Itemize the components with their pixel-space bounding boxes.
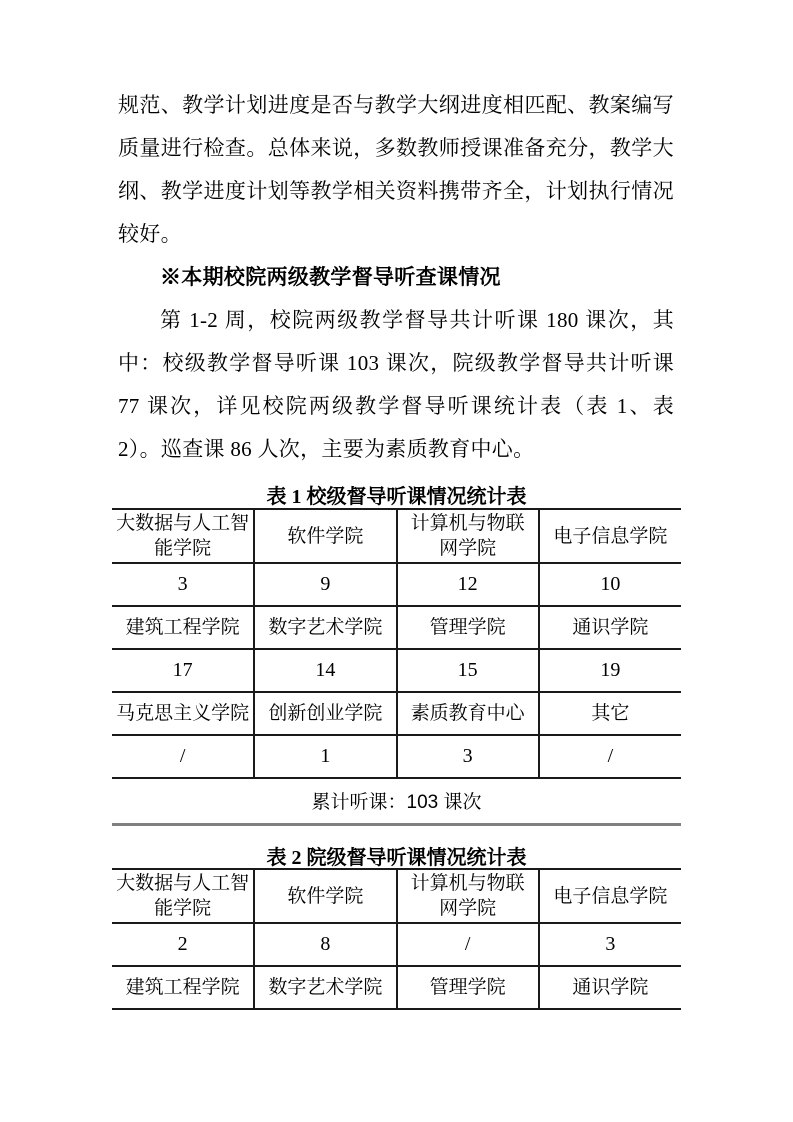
document-page: 规范、教学计划进度是否与教学大纲进度相匹配、教案编写质量进行检查。总体来说，多数… bbox=[0, 0, 793, 1122]
table-summary-row: 累计听课：103 课次 bbox=[112, 778, 681, 824]
table-cell: 大数据与人工智能学院 bbox=[112, 869, 254, 923]
table-row: 2 8 / 3 bbox=[112, 923, 681, 966]
table-cell: 14 bbox=[254, 649, 396, 692]
table-summary-cell: 累计听课：103 课次 bbox=[112, 778, 681, 824]
table-row: / 1 3 / bbox=[112, 735, 681, 778]
table-row: 3 9 12 10 bbox=[112, 563, 681, 606]
table-cell: 管理学院 bbox=[397, 966, 539, 1009]
table-cell: 软件学院 bbox=[254, 509, 396, 563]
table-row: 建筑工程学院 数字艺术学院 管理学院 通识学院 bbox=[112, 606, 681, 649]
table-cell: 电子信息学院 bbox=[539, 869, 681, 923]
table-cell: 8 bbox=[254, 923, 396, 966]
table-row: 大数据与人工智能学院 软件学院 计算机与物联网学院 电子信息学院 bbox=[112, 869, 681, 923]
table-cell: 17 bbox=[112, 649, 254, 692]
table-cell: 10 bbox=[539, 563, 681, 606]
table-cell: 通识学院 bbox=[539, 966, 681, 1009]
table-school-level-stats: 大数据与人工智能学院 软件学院 计算机与物联网学院 电子信息学院 3 9 12 … bbox=[112, 508, 681, 826]
table-cell: 素质教育中心 bbox=[397, 692, 539, 735]
table-cell: 3 bbox=[112, 563, 254, 606]
table-cell: 数字艺术学院 bbox=[254, 606, 396, 649]
table-cell: 建筑工程学院 bbox=[112, 966, 254, 1009]
table-cell: 数字艺术学院 bbox=[254, 966, 396, 1009]
table-row: 大数据与人工智能学院 软件学院 计算机与物联网学院 电子信息学院 bbox=[112, 509, 681, 563]
section-heading-supervision: ※本期校院两级教学督导听查课情况 bbox=[118, 256, 674, 299]
table-row: 马克思主义学院 创新创业学院 素质教育中心 其它 bbox=[112, 692, 681, 735]
table-cell: 通识学院 bbox=[539, 606, 681, 649]
table-cell: / bbox=[539, 735, 681, 778]
table-cell: 马克思主义学院 bbox=[112, 692, 254, 735]
table-cell: 3 bbox=[539, 923, 681, 966]
table-cell: 计算机与物联网学院 bbox=[397, 509, 539, 563]
table-cell: 计算机与物联网学院 bbox=[397, 869, 539, 923]
table-cell: 其它 bbox=[539, 692, 681, 735]
table-cell: 19 bbox=[539, 649, 681, 692]
table-cell: 1 bbox=[254, 735, 396, 778]
table-row: 建筑工程学院 数字艺术学院 管理学院 通识学院 bbox=[112, 966, 681, 1009]
table-cell: 软件学院 bbox=[254, 869, 396, 923]
table-row: 17 14 15 19 bbox=[112, 649, 681, 692]
table-cell: 管理学院 bbox=[397, 606, 539, 649]
table-college-level-stats: 大数据与人工智能学院 软件学院 计算机与物联网学院 电子信息学院 2 8 / 3… bbox=[112, 868, 681, 1010]
table-cell: 15 bbox=[397, 649, 539, 692]
table-cell: 建筑工程学院 bbox=[112, 606, 254, 649]
table-cell: / bbox=[112, 735, 254, 778]
table-cell: 12 bbox=[397, 563, 539, 606]
table-cell: / bbox=[397, 923, 539, 966]
table-cell: 电子信息学院 bbox=[539, 509, 681, 563]
table-cell: 2 bbox=[112, 923, 254, 966]
table-cell: 9 bbox=[254, 563, 396, 606]
paragraph-supervision-stats: 第 1-2 周，校院两级教学督导共计听课 180 课次，其中：校级教学督导听课 … bbox=[118, 299, 674, 471]
table-cell: 创新创业学院 bbox=[254, 692, 396, 735]
paragraph-teaching-check: 规范、教学计划进度是否与教学大纲进度相匹配、教案编写质量进行检查。总体来说，多数… bbox=[118, 84, 674, 256]
table-cell: 3 bbox=[397, 735, 539, 778]
table-cell: 大数据与人工智能学院 bbox=[112, 509, 254, 563]
